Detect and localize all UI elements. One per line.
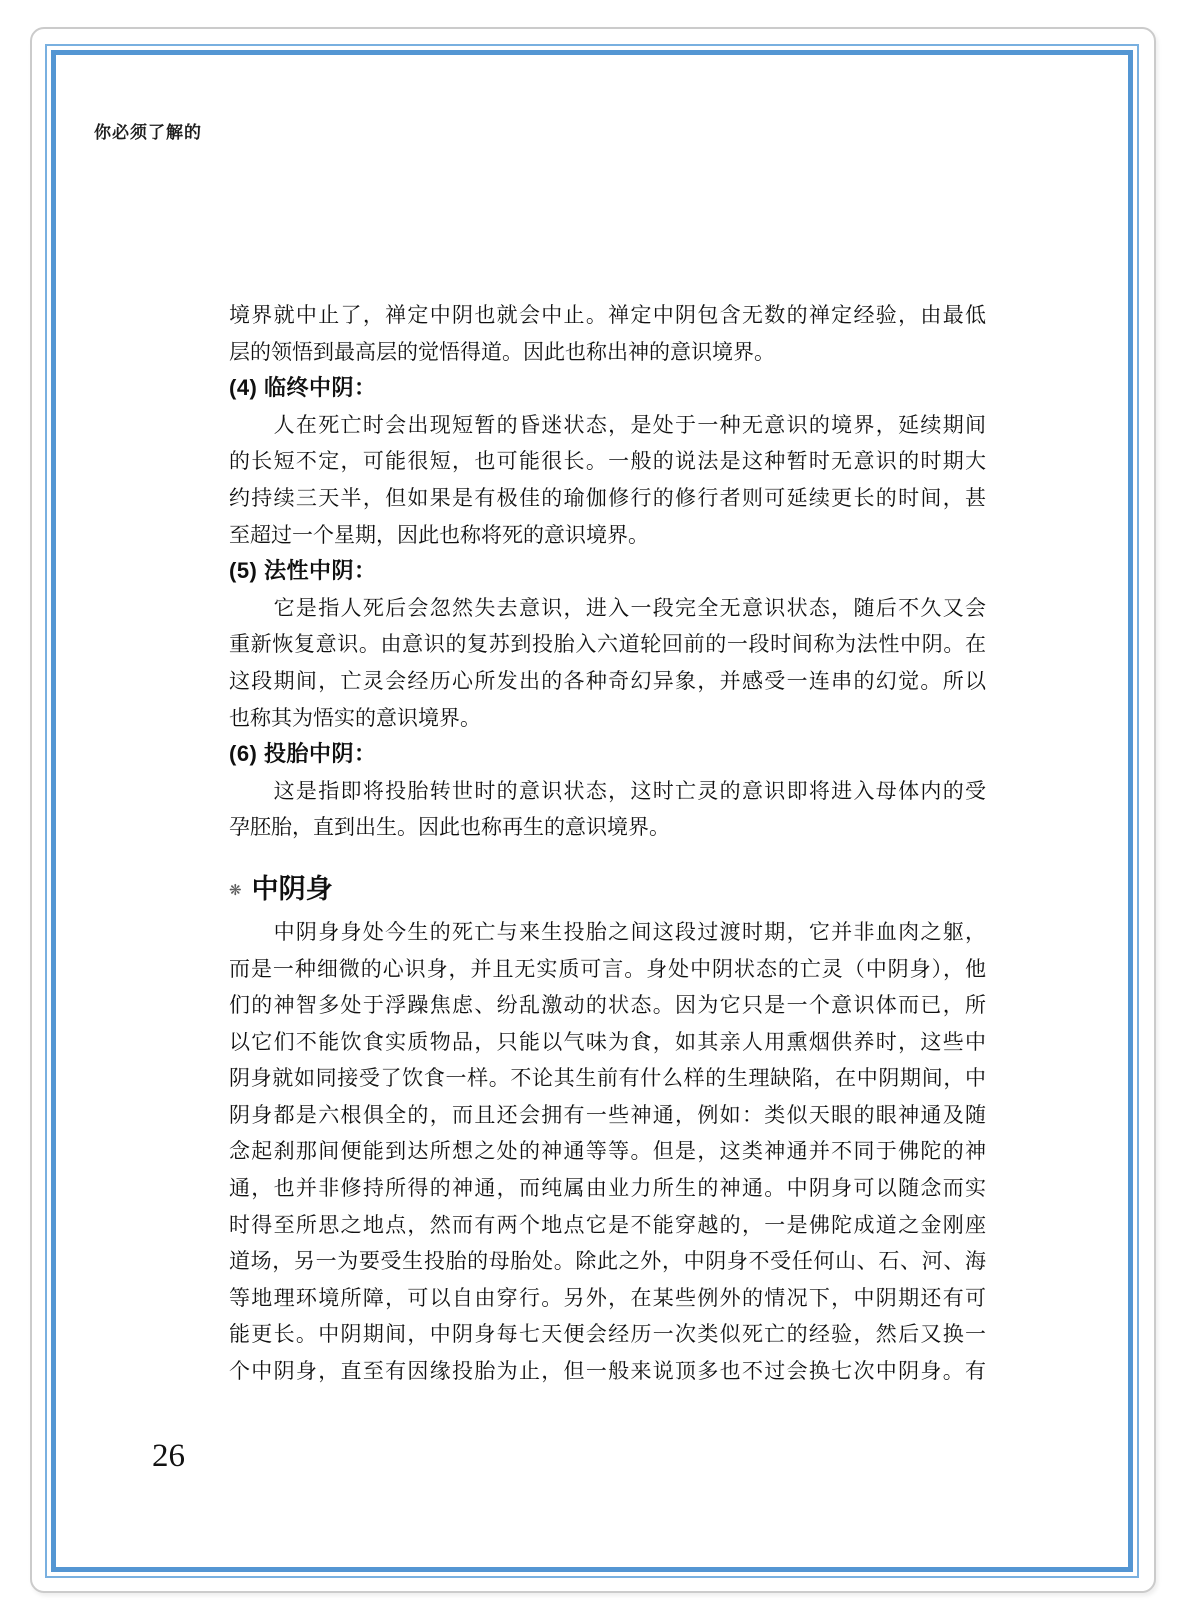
text-line: 至超过一个星期，因此也称将死的意识境界。 [229, 517, 986, 554]
text-line: 通，也并非修持所得的神通，而纯属由业力所生的神通。中阴身可以随念而实 [229, 1170, 986, 1207]
text-line: 道场，另一为要受生投胎的母胎处。除此之外，中阴身不受任何山、石、河、海 [229, 1243, 986, 1280]
text-line: 以它们不能饮食实质物品，只能以气味为食，如其亲人用熏烟供养时，这些中 [229, 1024, 986, 1061]
text-line: 念起刹那间便能到达所想之处的神通等等。但是，这类神通并不同于佛陀的神 [229, 1133, 986, 1170]
text-line: 这是指即将投胎转世时的意识状态，这时亡灵的意识即将进入母体内的受 [229, 773, 986, 810]
text-line: 约持续三天半，但如果是有极佳的瑜伽修行的修行者则可延续更长的时间，甚 [229, 480, 986, 517]
text-line: 们的神智多处于浮躁焦虑、纷乱激动的状态。因为它只是一个意识体而已，所 [229, 987, 986, 1024]
text-line: 中阴身身处今生的死亡与来生投胎之间这段过渡时期，它并非血肉之躯， [229, 914, 986, 951]
text-line: 能更长。中阴期间，中阴身每七天便会经历一次类似死亡的经验，然后又换一 [229, 1316, 986, 1353]
text-line: 境界就中止了，禅定中阴也就会中止。禅定中阴包含无数的禅定经验，由最低 [229, 297, 986, 334]
text-line: 重新恢复意识。由意识的复苏到投胎入六道轮回前的一段时间称为法性中阴。在 [229, 626, 986, 663]
section-heading-label: 中阴身 [252, 868, 333, 910]
flower-icon: ❋ [229, 870, 242, 912]
text-line: 阴身都是六根俱全的，而且还会拥有一些神通，例如：类似天眼的眼神通及随 [229, 1097, 986, 1134]
page-number: 26 [152, 1438, 185, 1475]
text-line: 而是一种细微的心识身，并且无实质可言。身处中阴状态的亡灵（中阴身），他 [229, 951, 986, 988]
running-header: 你必须了解的 [94, 118, 202, 143]
sub-heading: (5) 法性中阴： [229, 553, 986, 590]
sub-heading: (4) 临终中阴： [229, 370, 986, 407]
text-line: 个中阴身，直至有因缘投胎为止，但一般来说顶多也不过会换七次中阴身。有 [229, 1353, 986, 1390]
text-block: 境界就中止了，禅定中阴也就会中止。禅定中阴包含无数的禅定经验，由最低层的领悟到最… [229, 297, 986, 1390]
text-line: 的长短不定，可能很短，也可能很长。一般的说法是这种暂时无意识的时期大 [229, 443, 986, 480]
text-line: 这段期间，亡灵会经历心所发出的各种奇幻异象，并感受一连串的幻觉。所以 [229, 663, 986, 700]
text-line: 等地理环境所障，可以自由穿行。另外，在某些例外的情况下，中阴期还有可 [229, 1280, 986, 1317]
text-line: 它是指人死后会忽然失去意识，进入一段完全无意识状态，随后不久又会 [229, 590, 986, 627]
section-heading: ❋中阴身 [229, 868, 986, 910]
text-line: 人在死亡时会出现短暂的昏迷状态，是处于一种无意识的境界，延续期间 [229, 407, 986, 444]
text-line: 层的领悟到最高层的觉悟得道。因此也称出神的意识境界。 [229, 334, 986, 371]
text-line: 也称其为悟实的意识境界。 [229, 700, 986, 737]
text-line: 时得至所思之地点，然而有两个地点它是不能穿越的，一是佛陀成道之金刚座 [229, 1207, 986, 1244]
sub-heading: (6) 投胎中阴： [229, 736, 986, 773]
text-line: 孕胚胎，直到出生。因此也称再生的意识境界。 [229, 809, 986, 846]
text-line: 阴身就如同接受了饮食一样。不论其生前有什么样的生理缺陷，在中阴期间，中 [229, 1060, 986, 1097]
